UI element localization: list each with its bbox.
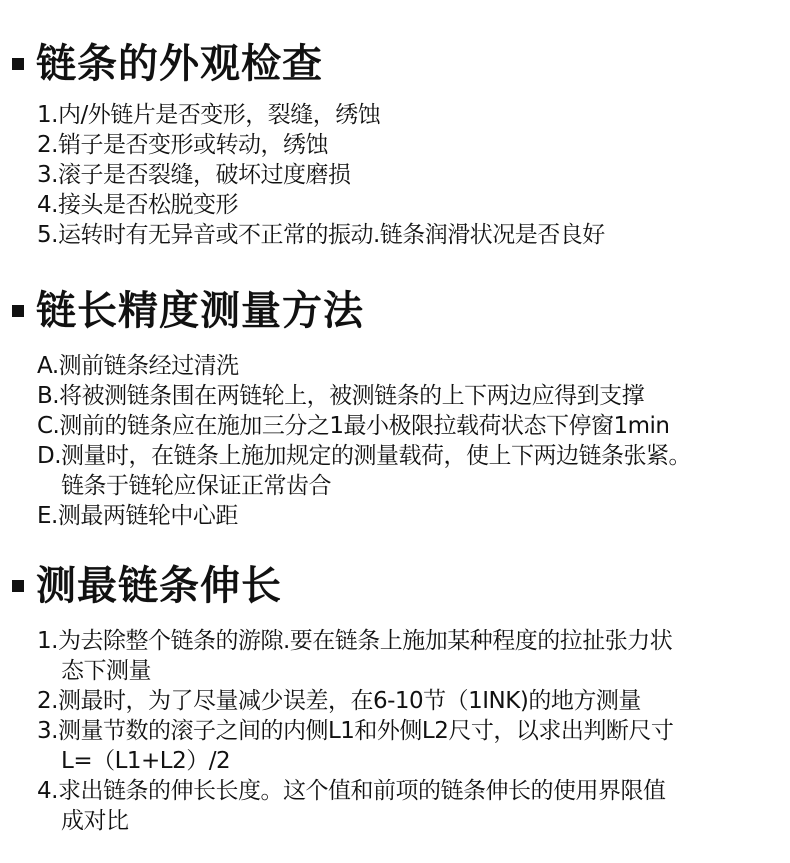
- list-item: 3.测量节数的滚子之间的内侧L1和外侧L2尺寸，以求出判断尺寸 L=（L1+L2…: [37, 716, 673, 776]
- square-bullet-icon: [12, 305, 24, 317]
- section-title: 链条的外观检查: [36, 38, 323, 90]
- list-item: 3.滚子是否裂缝，破坏过度磨损: [37, 160, 605, 190]
- list-item: D.测量时，在链条上施加规定的测量载荷，使上下两边链条张紧。 链条于链轮应保证正…: [37, 441, 691, 501]
- list-item: 5.运转时有无异音或不正常的振动.链条润滑状况是否良好: [37, 220, 605, 250]
- method-list: A.测前链条经过清洗 B.将被测链条围在两链轮上，被测链条的上下两边应得到支撑 …: [37, 351, 691, 531]
- section-title: 测最链条伸长: [36, 560, 282, 612]
- section-heading: 链条的外观检查: [0, 38, 790, 90]
- elongation-list: 1.为去除整个链条的游隙.要在链条上施加某种程度的拉扯张力状 态下测量 2.测最…: [37, 626, 673, 836]
- list-item-continuation: 成对比: [37, 806, 673, 836]
- square-bullet-icon: [12, 58, 24, 70]
- list-item: B.将被测链条围在两链轮上，被测链条的上下两边应得到支撑: [37, 381, 691, 411]
- list-item: 2.销子是否变形或转动，绣蚀: [37, 130, 605, 160]
- list-item: A.测前链条经过清洗: [37, 351, 691, 381]
- list-item: E.测最两链轮中心距: [37, 501, 691, 531]
- section-length-accuracy-method: 链长精度测量方法 A.测前链条经过清洗 B.将被测链条围在两链轮上，被测链条的上…: [0, 285, 790, 337]
- check-list: 1.内/外链片是否变形，裂缝，绣蚀 2.销子是否变形或转动，绣蚀 3.滚子是否裂…: [37, 100, 605, 250]
- list-item-continuation: 态下测量: [37, 656, 673, 686]
- list-item-continuation: 链条于链轮应保证正常齿合: [37, 471, 691, 501]
- list-item: 2.测最时，为了尽量减少误差，在6-10节（1INK)的地方测量: [37, 686, 673, 716]
- list-item: 1.为去除整个链条的游隙.要在链条上施加某种程度的拉扯张力状 态下测量: [37, 626, 673, 686]
- list-item: 4.接头是否松脱变形: [37, 190, 605, 220]
- list-item-continuation: L=（L1+L2）/2: [37, 746, 673, 776]
- section-chain-elongation: 测最链条伸长 1.为去除整个链条的游隙.要在链条上施加某种程度的拉扯张力状 态下…: [0, 560, 790, 612]
- section-title: 链长精度测量方法: [36, 285, 364, 337]
- section-heading: 测最链条伸长: [0, 560, 790, 612]
- section-heading: 链长精度测量方法: [0, 285, 790, 337]
- list-item: C.测前的链条应在施加三分之1最小极限拉载荷状态下停窗1min: [37, 411, 691, 441]
- section-appearance-check: 链条的外观检查 1.内/外链片是否变形，裂缝，绣蚀 2.销子是否变形或转动，绣蚀…: [0, 38, 790, 90]
- square-bullet-icon: [12, 580, 24, 592]
- list-item: 1.内/外链片是否变形，裂缝，绣蚀: [37, 100, 605, 130]
- list-item: 4.求出链条的伸长长度。这个值和前项的链条伸长的使用界限值 成对比: [37, 776, 673, 836]
